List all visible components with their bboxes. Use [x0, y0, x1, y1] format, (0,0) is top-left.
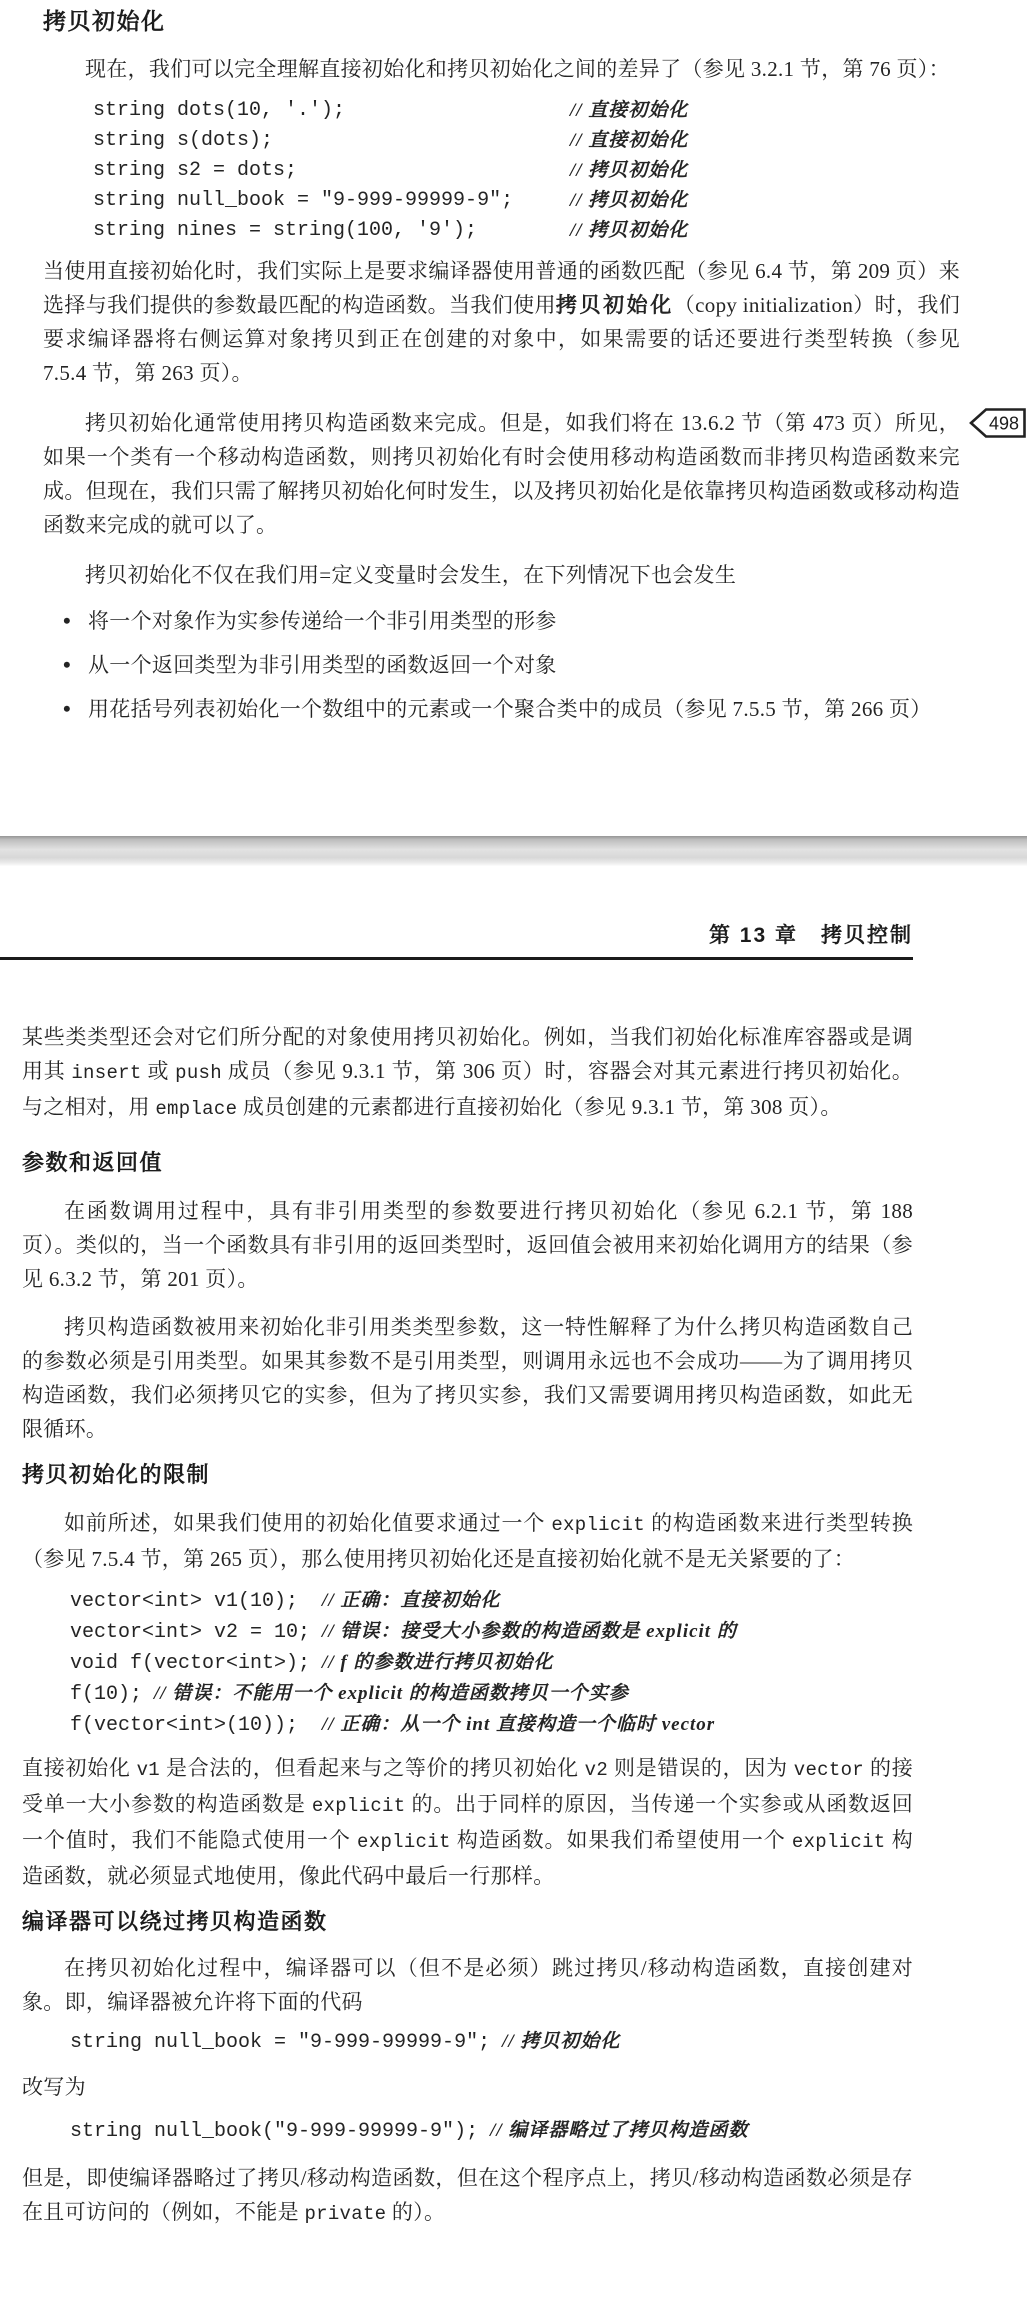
code-line: string dots(10, '.');// 直接初始化 — [93, 96, 960, 126]
mono-term-explicit: explicit — [551, 1514, 645, 1536]
section-title-copy-initialization: 拷贝初始化 — [43, 6, 960, 36]
paragraph-copy-ctor-reference-param: 拷贝构造函数被用来初始化非引用类类型参数，这一特性解释了为什么拷贝构造函数自己的… — [22, 1310, 913, 1446]
page-2-content: 某些类类型还会对它们所分配的对象使用拷贝初始化。例如，当我们初始化标准库容器或是… — [0, 1004, 1027, 2231]
code-comment: // 正确：直接初始化 — [322, 1590, 500, 1611]
code-text: string null_book = "9-999-99999-9"; — [70, 2031, 502, 2054]
code-block-string-init-examples: string dots(10, '.');// 直接初始化 string s(d… — [93, 96, 960, 246]
paragraph-compiler-may-skip: 在拷贝初始化过程中，编译器可以（但不是必须）跳过拷贝/移动构造函数，直接创建对象… — [22, 1951, 913, 2019]
code-line: string nines = string(100, '9');// 拷贝初始化 — [93, 216, 960, 246]
list-item-text: 用花括号列表初始化一个数组中的元素或一个聚合类中的成员（参见 7.5.5 节，第… — [88, 697, 932, 721]
code-text: string null_book("9-999-99999-9"); — [70, 2120, 490, 2143]
code-line: string null_book = "9-999-99999-9"; // 拷… — [70, 2027, 913, 2058]
text-segment: 成员创建的元素都进行直接初始化（参见 9.3.1 节，第 308 页）。 — [237, 1095, 841, 1119]
code-comment: // 拷贝初始化 — [570, 216, 688, 246]
code-comment: // 拷贝初始化 — [502, 2031, 620, 2052]
bold-term-copy-initialization: 拷贝初始化 — [556, 293, 674, 317]
mono-term-push: push — [175, 1062, 222, 1084]
mono-term-v2: v2 — [585, 1759, 608, 1781]
code-comment: // 拷贝初始化 — [570, 186, 688, 216]
code-line: vector<int> v1(10); // 正确：直接初始化 — [70, 1586, 913, 1617]
code-text: string dots(10, '.'); — [93, 96, 570, 126]
code-line: vector<int> v2 = 10; // 错误：接受大小参数的构造函数是 … — [70, 1617, 913, 1648]
mono-term-explicit: explicit — [792, 1831, 886, 1853]
code-line: string s(dots);// 直接初始化 — [93, 126, 960, 156]
mono-term-explicit: explicit — [357, 1831, 451, 1853]
code-text: string s(dots); — [93, 126, 570, 156]
paragraph-v1-legal-v2-error: 直接初始化 v1 是合法的，但看起来与之等价的拷贝初始化 v2 则是错误的，因为… — [22, 1751, 913, 1893]
code-comment: // 直接初始化 — [570, 126, 688, 156]
list-item: 将一个对象作为实参传递给一个非引用类型的形参 — [63, 604, 960, 638]
header-rule — [0, 957, 913, 960]
heading-compiler-can-bypass-copy-ctor: 编译器可以绕过拷贝构造函数 — [22, 1907, 913, 1937]
code-line: string null_book("9-999-99999-9"); // 编译… — [70, 2116, 913, 2147]
code-text: vector<int> v2 = 10; — [70, 1621, 322, 1644]
mono-term-vector: vector — [794, 1759, 864, 1781]
code-text: vector<int> v1(10); — [70, 1590, 322, 1613]
paragraph-intro: 现在，我们可以完全理解直接初始化和拷贝初始化之间的差异了（参见 3.2.1 节，… — [43, 52, 960, 86]
paragraph-rewrite-as: 改写为 — [22, 2070, 913, 2104]
code-comment: // 直接初始化 — [570, 96, 688, 126]
code-comment: // f 的参数进行拷贝初始化 — [322, 1652, 553, 1673]
mono-term-emplace: emplace — [155, 1098, 237, 1120]
list-item: 用花括号列表初始化一个数组中的元素或一个聚合类中的成员（参见 7.5.5 节，第… — [63, 692, 960, 726]
code-line: f(vector<int>(10)); // 正确：从一个 int 直接构造一个… — [70, 1710, 913, 1741]
paragraph-containers-copy-init: 某些类类型还会对它们所分配的对象使用拷贝初始化。例如，当我们初始化标准库容器或是… — [22, 1020, 913, 1126]
list-item: 从一个返回类型为非引用类型的函数返回一个对象 — [63, 648, 960, 682]
code-text: f(10); — [70, 1683, 154, 1706]
text-segment: 则是错误的，因为 — [608, 1756, 794, 1780]
scanned-book-spread: { "accent_colors": { "ink": "#242424", "… — [0, 0, 1027, 2306]
code-comment: // 错误：不能用一个 explicit 的构造函数拷贝一个实参 — [154, 1683, 629, 1704]
paragraph-copy-ctor-or-move: 拷贝初始化通常使用拷贝构造函数来完成。但是，如我们将在 13.6.2 节（第 4… — [43, 406, 960, 542]
text-segment: 直接初始化 — [22, 1756, 137, 1780]
code-text: string nines = string(100, '9'); — [93, 216, 570, 246]
list-item-text: 从一个返回类型为非引用类型的函数返回一个对象 — [88, 653, 557, 677]
heading-copy-init-limits: 拷贝初始化的限制 — [22, 1460, 913, 1490]
mono-term-explicit: explicit — [312, 1795, 406, 1817]
mono-term-v1: v1 — [137, 1759, 160, 1781]
code-text: string null_book = "9-999-99999-9"; — [93, 186, 570, 216]
code-block-copy-init-line: string null_book = "9-999-99999-9"; // 拷… — [70, 2027, 913, 2058]
paragraph-function-call-copy-init: 在函数调用过程中，具有非引用类型的参数要进行拷贝初始化（参见 6.2.1 节，第… — [22, 1194, 913, 1296]
code-comment: // 拷贝初始化 — [570, 156, 688, 186]
code-comment: // 编译器略过了拷贝构造函数 — [490, 2120, 748, 2141]
paragraph-direct-vs-copy: 当使用直接初始化时，我们实际上是要求编译器使用普通的函数匹配（参见 6.4 节，… — [43, 254, 960, 390]
code-line: void f(vector<int>); // f 的参数进行拷贝初始化 — [70, 1648, 913, 1679]
text-segment: 是合法的，但看起来与之等价的拷贝初始化 — [160, 1756, 585, 1780]
copy-init-cases-list: 将一个对象作为实参传递给一个非引用类型的形参 从一个返回类型为非引用类型的函数返… — [43, 604, 960, 726]
code-line: string s2 = dots;// 拷贝初始化 — [93, 156, 960, 186]
paragraph-when-copy-init-happens: 拷贝初始化不仅在我们用=定义变量时会发生，在下列情况下也会发生 — [43, 558, 960, 592]
code-block-bypassed-line: string null_book("9-999-99999-9"); // 编译… — [70, 2116, 913, 2147]
heading-parameters-and-return-values: 参数和返回值 — [22, 1148, 913, 1178]
text-segment: 的）。 — [386, 2200, 445, 2224]
text-segment: 或 — [142, 1059, 176, 1083]
page-1-content: 拷贝初始化 现在，我们可以完全理解直接初始化和拷贝初始化之间的差异了（参见 3.… — [0, 0, 1027, 736]
page-number-tab: 498 — [969, 406, 1027, 440]
code-text: string s2 = dots; — [93, 156, 570, 186]
code-block-vector-explicit-examples: vector<int> v1(10); // 正确：直接初始化 vector<i… — [70, 1586, 913, 1741]
text-segment: 如前所述，如果我们使用的初始化值要求通过一个 — [64, 1511, 551, 1535]
running-header-chapter: 第 13 章 拷贝控制 — [0, 921, 913, 951]
page-divider — [0, 836, 1027, 866]
page-tab-arrow-icon: 498 — [969, 406, 1027, 440]
mono-term-insert: insert — [71, 1062, 141, 1084]
code-line: f(10); // 错误：不能用一个 explicit 的构造函数拷贝一个实参 — [70, 1679, 913, 1710]
paragraph-explicit-conversion: 如前所述，如果我们使用的初始化值要求通过一个 explicit 的构造函数来进行… — [22, 1506, 913, 1576]
code-text: void f(vector<int>); — [70, 1652, 322, 1675]
mono-term-private: private — [304, 2203, 386, 2225]
list-item-text: 将一个对象作为实参传递给一个非引用类型的形参 — [88, 609, 557, 633]
code-line: string null_book = "9-999-99999-9";// 拷贝… — [93, 186, 960, 216]
page-tab-number: 498 — [989, 414, 1019, 434]
paragraph-ctor-must-be-accessible: 但是，即使编译器略过了拷贝/移动构造函数，但在这个程序点上，拷贝/移动构造函数必… — [22, 2161, 913, 2231]
text-segment: 构造函数。如果我们希望使用一个 — [451, 1828, 792, 1852]
text-segment: 但是，即使编译器略过了拷贝/移动构造函数，但在这个程序点上，拷贝/移动构造函数必… — [22, 2166, 913, 2224]
code-comment: // 正确：从一个 int 直接构造一个临时 vector — [322, 1714, 715, 1735]
code-comment: // 错误：接受大小参数的构造函数是 explicit 的 — [322, 1621, 737, 1642]
code-text: f(vector<int>(10)); — [70, 1714, 322, 1737]
